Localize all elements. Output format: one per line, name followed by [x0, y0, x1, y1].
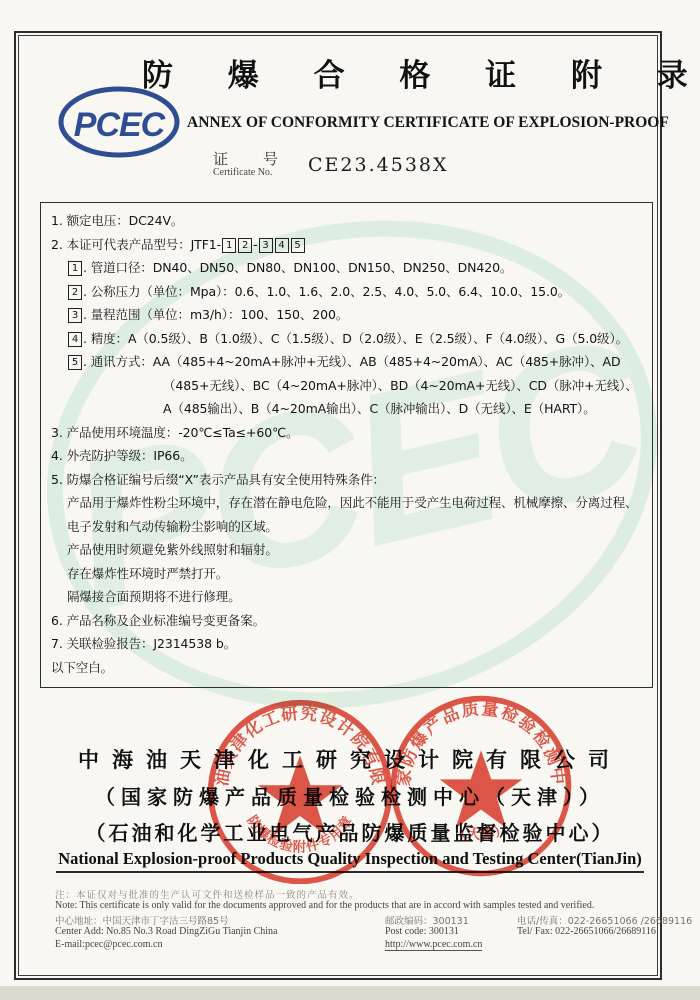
footer-note-en: Note: This certificate is only valid for…	[55, 900, 655, 913]
footer-postcode-en: Post code: 300131	[385, 926, 459, 937]
footer-note-cn: 注：本证仅对与批准的生产认可文件和送检样品一致的产品有效。	[55, 887, 655, 900]
certificate-label-cn: 证 号	[213, 151, 288, 167]
footer-address-en: Center Add: No.85 No.3 Road DingZiGu Tia…	[55, 926, 278, 937]
footer: 注：本证仅对与批准的生产认可文件和送检样品一致的产品有效。 Note: This…	[55, 887, 655, 952]
footer-postcode-cn: 邮政编码：300131	[385, 913, 469, 927]
certificate-item-line: 2. 公称压力（单位：Mpa）：0.6、1.0、1.6、2.0、2.5、4.0、…	[67, 280, 642, 304]
certificate-item-line: 3. 产品使用环境温度：-20℃≤Ta≤+60℃。	[51, 421, 642, 445]
certificate-number-label: 证 号 Certificate No.	[213, 151, 288, 179]
certificate-number-value: CE23.4538X	[308, 151, 449, 179]
certificate-item-line: 2. 本证可代表产品型号：JTF1-12-345	[51, 233, 642, 257]
certificate-item-line: 以下空白。	[51, 656, 642, 680]
certificate-item-line: 4. 精度：A（0.5级）、B（1.0级）、C（1.5级）、D（2.0级）、E（…	[67, 327, 642, 351]
certificate-items-box: 1. 额定电压：DC24V。2. 本证可代表产品型号：JTF1-12-3451.…	[40, 202, 653, 688]
center-stamp: 国家防爆产品质量检验检测中心 （天津）	[387, 692, 575, 880]
certificate-item-line: 隔爆接合面预期将不进行修理。	[67, 585, 642, 609]
certificate-item-line: 产品用于爆炸性粉尘环境中，存在潜在静电危险，因此不能用于受产生电荷过程、机械摩擦…	[67, 491, 642, 538]
stamp-star-icon	[258, 756, 342, 836]
footer-email: E-mail:pcec@pcec.com.cn	[55, 939, 163, 950]
certificate-item-line: 1. 管道口径：DN40、DN50、DN80、DN100、DN150、DN250…	[67, 256, 642, 280]
certificate-label-en: Certificate No.	[213, 167, 288, 179]
certificate-page: PCEC 防 爆 合 格 证 附 录 PCEC ANNEX OF CONFORM…	[0, 0, 700, 1000]
subtitle-english: ANNEX OF CONFORMITY CERTIFICATE OF EXPLO…	[187, 114, 669, 132]
stamp-bottom-text: 防爆检验附件专用章	[244, 812, 357, 855]
certificate-item-line: 5. 防爆合格证编号后缀“X”表示产品具有安全使用特殊条件：	[51, 468, 642, 492]
footer-telfax-cn: 电话/传真：022-26651066 /26689116	[517, 913, 692, 927]
certificate-number-row: 证 号 Certificate No. CE23.4538X	[213, 151, 449, 179]
certificate-item-line: 存在爆炸性环境时严禁打开。	[67, 562, 642, 586]
certificate-item-line: 5. 通讯方式：AA（485+4~20mA+脉冲+无线）、AB（485+4~20…	[67, 350, 642, 421]
footer-address-cn: 中心地址：中国天津市丁字沽三号路85号	[55, 913, 229, 927]
pcec-logo: PCEC	[56, 84, 182, 160]
pcec-logo-text: PCEC	[74, 106, 166, 144]
page-title: 防 爆 合 格 证 附 录	[120, 50, 640, 95]
certificate-item-line: 产品使用时须避免紫外线照射和辐射。	[67, 538, 642, 562]
stamp-star-icon	[440, 750, 523, 828]
certificate-item-line: 1. 额定电压：DC24V。	[51, 209, 642, 233]
certificate-items: 1. 额定电压：DC24V。2. 本证可代表产品型号：JTF1-12-3451.…	[51, 209, 642, 679]
certificate-item-line: 3. 量程范围（单位：m3/h）：100、150、200。	[67, 303, 642, 327]
footer-website-link[interactable]: http://www.pcec.com.cn	[385, 939, 482, 951]
stamp-bottom-text: （天津）	[451, 820, 512, 843]
scan-edge-shadow	[0, 986, 700, 1000]
footer-telfax-en: Tel/ Fax: 022-26651066/26689116	[517, 926, 656, 937]
svg-text:（天津）: （天津）	[451, 820, 512, 843]
institute-stamp: 中海油天津化工研究设计院有限公司 防爆检验附件专用章	[204, 696, 396, 888]
svg-text:防爆检验附件专用章: 防爆检验附件专用章	[244, 812, 357, 855]
certificate-item-line: 7. 关联检验报告：J2314538 b。	[51, 632, 642, 656]
certificate-item-line: 6. 产品名称及企业标准编号变更备案。	[51, 609, 642, 633]
certificate-item-line: 4. 外壳防护等级：IP66。	[51, 444, 642, 468]
